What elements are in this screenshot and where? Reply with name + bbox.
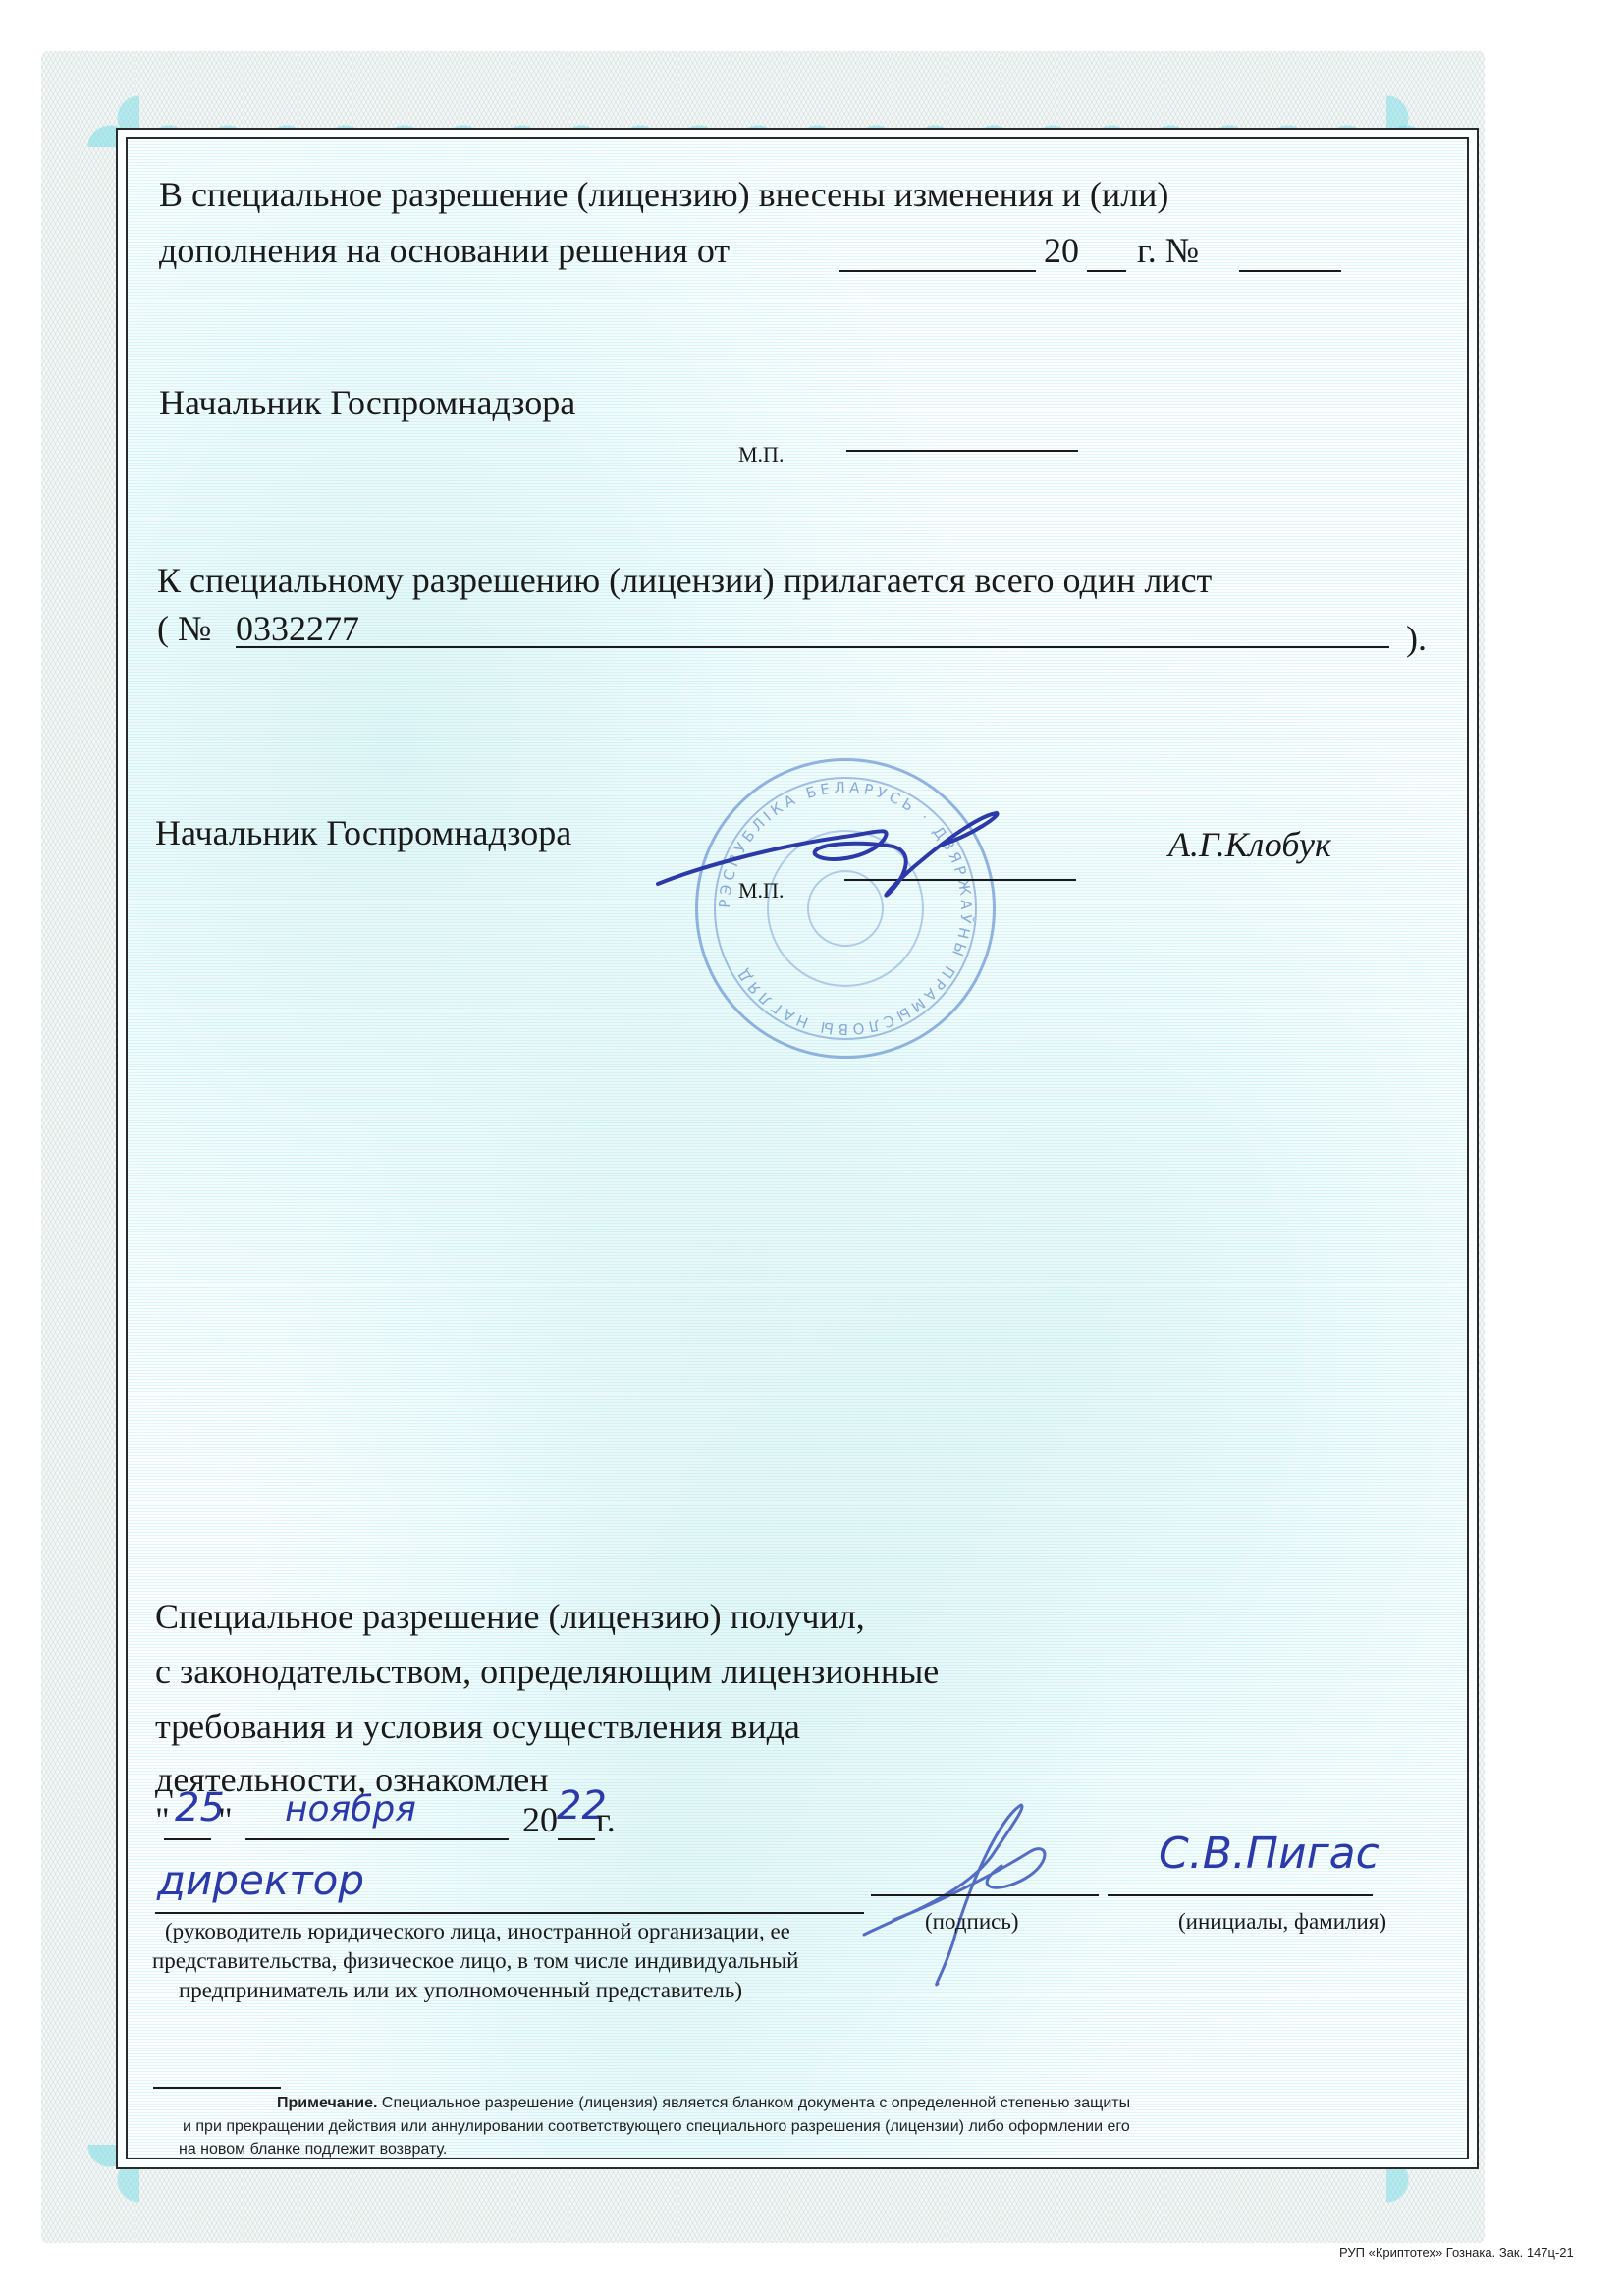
receipt-line-2: с законодательством, определяющим лиценз… bbox=[155, 1654, 939, 1689]
amendment-date-blank bbox=[839, 270, 1036, 272]
receipt-line-1: Специальное разрешение (лицензию) получи… bbox=[155, 1599, 865, 1634]
note-label: Примечание. bbox=[277, 2095, 377, 2111]
signer-2-handwritten-signature bbox=[648, 786, 1041, 903]
signer-2-title: Начальник Госпромнадзора bbox=[155, 815, 571, 850]
receipt-name-underline bbox=[1108, 1894, 1373, 1896]
receipt-quote-open: " bbox=[155, 1802, 170, 1837]
receipt-position-caption-3: предприниматель или их уполномоченный пр… bbox=[179, 1979, 742, 2001]
attachment-line-1: К специальному разрешению (лицензии) при… bbox=[157, 563, 1212, 598]
note-separator bbox=[153, 2087, 281, 2089]
receipt-signature-caption: (подпись) bbox=[925, 1910, 1018, 1933]
receipt-position-underline bbox=[155, 1912, 864, 1914]
receipt-name-handwritten: С.В.Пигас bbox=[1159, 1829, 1380, 1879]
receipt-position-caption-2: представительства, физическое лицо, в то… bbox=[152, 1949, 798, 1972]
attachment-close: ). bbox=[1406, 621, 1427, 656]
receipt-day-underline bbox=[164, 1838, 211, 1840]
receipt-year-end: г. bbox=[596, 1802, 616, 1837]
receipt-position-handwritten: директор bbox=[157, 1856, 364, 1904]
amendment-number-label: г. № bbox=[1137, 233, 1199, 268]
receipt-line-3: требования и условия осуществления вида bbox=[155, 1709, 800, 1744]
amendment-year-blank bbox=[1087, 270, 1126, 272]
signer-1-stamp-label: М.П. bbox=[738, 444, 784, 465]
signer-1-title: Начальник Госпромнадзора bbox=[159, 385, 575, 420]
attachment-number-underline bbox=[236, 646, 1389, 648]
receipt-signature-underline bbox=[871, 1894, 1099, 1896]
receipt-position-caption-1: (руководитель юридического лица, иностра… bbox=[165, 1920, 790, 1942]
attachment-sheet-number: 0332277 bbox=[236, 611, 359, 646]
attachment-open: ( № bbox=[157, 611, 211, 646]
receipt-quote-close: " bbox=[218, 1802, 233, 1837]
amendment-line-2: дополнения на основании решения от bbox=[159, 233, 730, 268]
amendment-year-prefix: 20 bbox=[1044, 233, 1079, 268]
receipt-month-underline bbox=[245, 1838, 509, 1840]
receipt-name-caption: (инициалы, фамилия) bbox=[1178, 1910, 1386, 1933]
amendment-line-1: В специальное разрешение (лицензию) внес… bbox=[159, 177, 1168, 212]
amendment-number-blank bbox=[1239, 270, 1341, 272]
signer-2-name: А.Г.Клобук bbox=[1168, 827, 1331, 862]
receipt-year-underline bbox=[558, 1838, 595, 1840]
receipt-month: ноября bbox=[285, 1789, 416, 1830]
note-line-1: Примечание. Специальное разрешение (лице… bbox=[277, 2095, 1130, 2112]
note-line-3: на новом бланке подлежит возврату. bbox=[179, 2141, 447, 2159]
note-line-1-text: Специальное разрешение (лицензия) являет… bbox=[377, 2095, 1130, 2111]
signer-1-signature-line bbox=[846, 450, 1078, 452]
printer-mark: РУП «Криптотех» Гознака. Зак. 147ц-21 bbox=[1339, 2245, 1574, 2260]
receipt-year-prefix: 20 bbox=[522, 1802, 558, 1837]
note-line-2: и при прекращении действия или аннулиров… bbox=[183, 2118, 1130, 2136]
